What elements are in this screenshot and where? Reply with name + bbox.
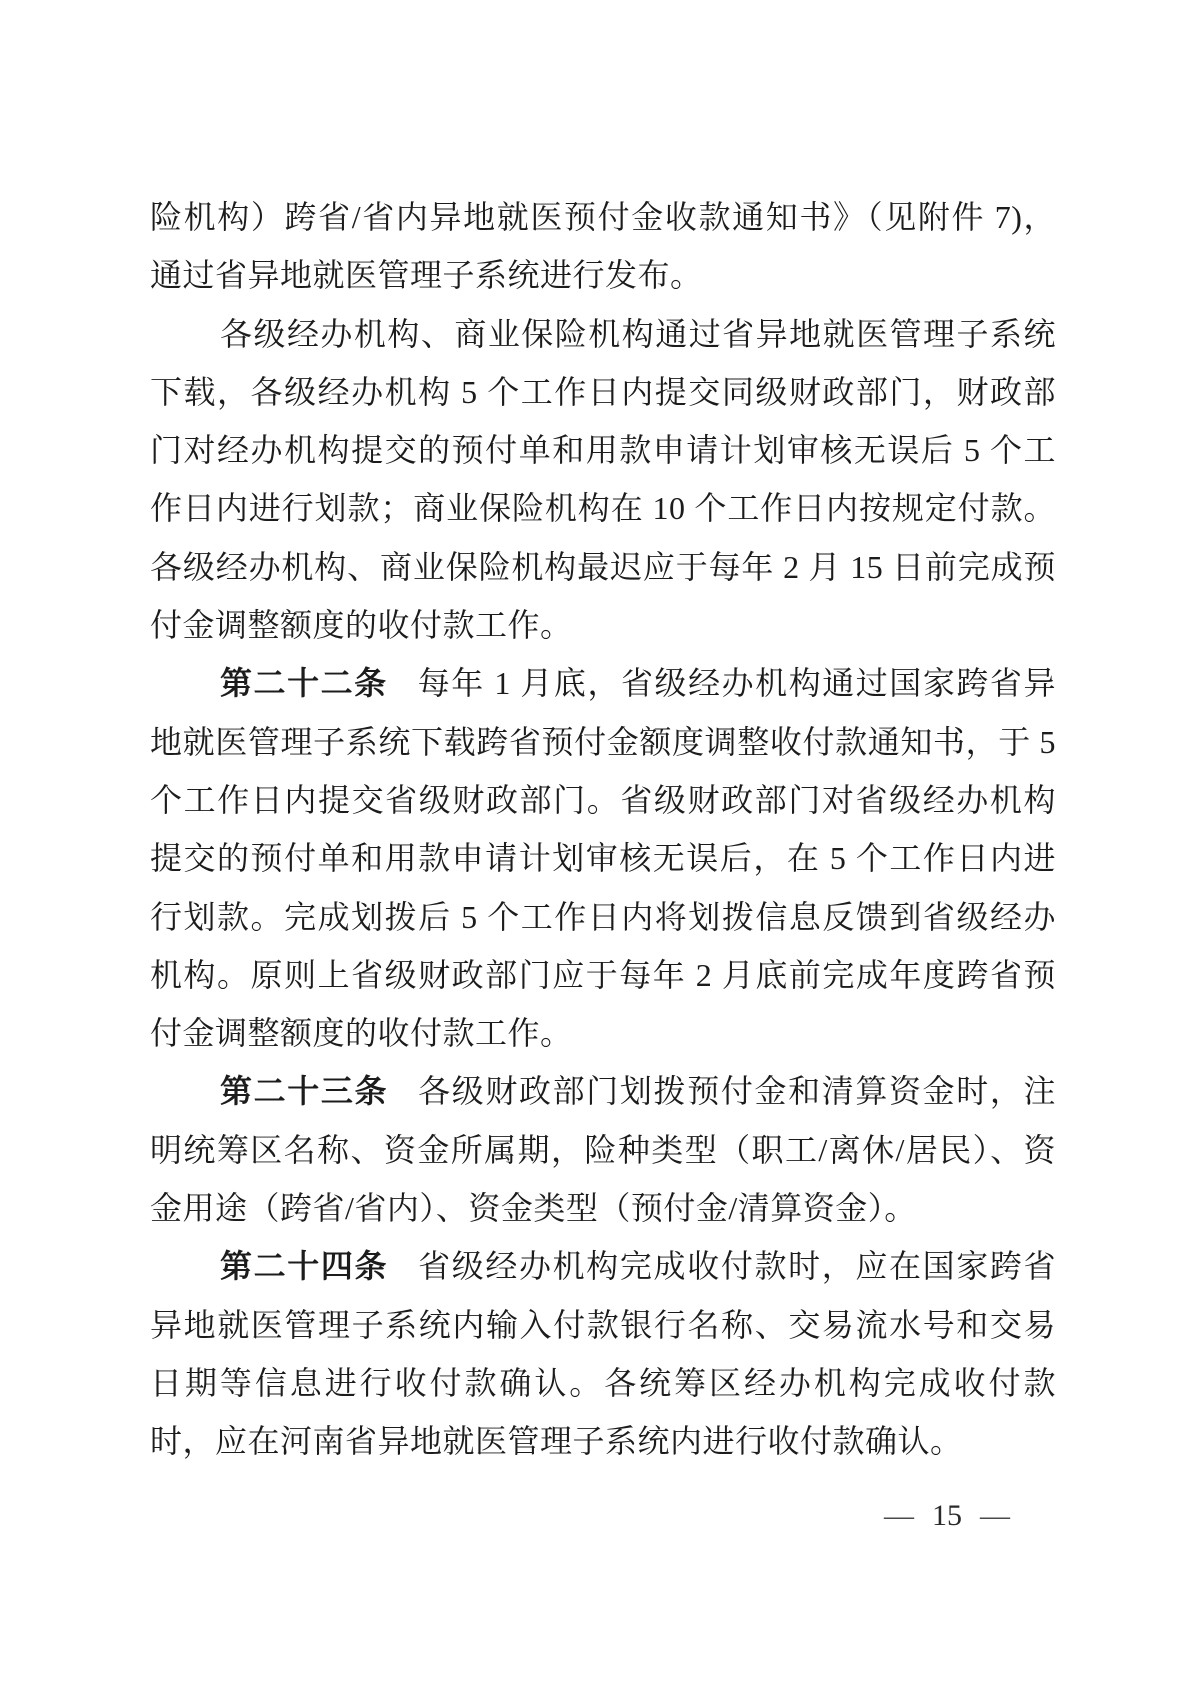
paragraph-article-22: 第二十二条每年 1 月底，省级经办机构通过国家跨省异地就医管理子系统下载跨省预付… [150, 654, 1056, 1062]
article-24-heading: 第二十四条 [220, 1248, 388, 1284]
page-number-value: 15 [932, 1499, 962, 1532]
page-number: —15— [884, 1496, 1010, 1536]
document-body: 险机构）跨省/省内异地就医预付金收款通知书》（见附件 7)，通过省异地就医管理子… [150, 188, 1056, 1471]
article-22-heading: 第二十二条 [220, 665, 388, 701]
paragraph-article-23: 第二十三条各级财政部门划拨预付金和清算资金时，注明统筹区名称、资金所属期，险种类… [150, 1062, 1056, 1237]
article-23-heading: 第二十三条 [220, 1073, 388, 1109]
paragraph-agency-download: 各级经办机构、商业保险机构通过省异地就医管理子系统下载，各级经办机构 5 个工作… [150, 305, 1056, 655]
paragraph-continuation: 险机构）跨省/省内异地就医预付金收款通知书》（见附件 7)，通过省异地就医管理子… [150, 188, 1056, 305]
article-22-text: 每年 1 月底，省级经办机构通过国家跨省异地就医管理子系统下载跨省预付金额度调整… [150, 665, 1056, 1051]
page-number-dash-right: — [980, 1499, 1010, 1532]
paragraph-article-24: 第二十四条省级经办机构完成收付款时，应在国家跨省异地就医管理子系统内输入付款银行… [150, 1237, 1056, 1470]
page-number-dash-left: — [884, 1499, 914, 1532]
document-page: 险机构）跨省/省内异地就医预付金收款通知书》（见附件 7)，通过省异地就医管理子… [0, 0, 1190, 1683]
